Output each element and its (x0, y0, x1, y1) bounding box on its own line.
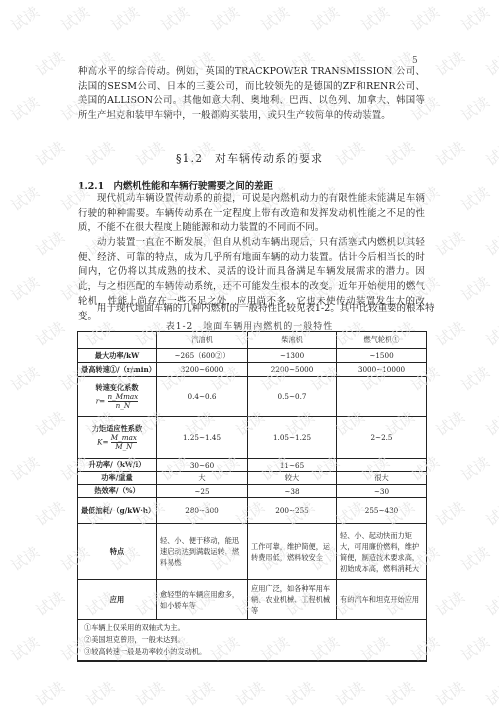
formula-lhs: K= (97, 438, 108, 447)
intro-paragraph: 种高水平的综合传动。例如，英国的TRACKPOWER TRANSMISSION … (78, 65, 425, 124)
cell: 轻、小、起动快而力矩大，可用廉价燃料，维护简便，制造技术要求高，初始成本高，燃料… (337, 524, 427, 580)
watermark-text: 试读 (7, 541, 44, 575)
watermark-text: 试读 (432, 46, 469, 80)
watermark-text: 试读 (182, 676, 219, 706)
table-header-gas-turbine: 燃气轮机① (337, 332, 427, 349)
watermark-text: 试读 (32, 676, 69, 706)
cell: 1.05~1.25 (248, 417, 337, 459)
watermark-text: 试读 (482, 586, 499, 620)
watermark-text: 试读 (107, 1, 144, 35)
subsection-title: 1.2.1 内燃机性能和车辆行驶需要之间的差距 (78, 178, 273, 192)
cell: 2~2.5 (337, 417, 427, 459)
cell: ~1500 (337, 349, 427, 363)
table-row: 应用 愈轻型的车辆应用愈多，如小轿车等 应用广泛，如各种军用车辆、农业机械、工程… (78, 580, 427, 620)
body-paragraph-3: 用于现代地面车辆的几种内燃机的一般特性比较见表1-2。其中比较重要的根本特 (78, 302, 425, 317)
table-row: 力矩适应性系数 K= M_max M_N 1.25~1.45 1.05~1.25… (78, 417, 427, 459)
table-note: ②美国坦克曾用，一般未达到。 (84, 634, 420, 646)
watermark-text: 试读 (157, 1, 194, 35)
watermark-text: 试读 (457, 1, 494, 35)
cell: 0.5~0.7 (248, 377, 337, 417)
cell: 2200~5000 (248, 363, 337, 377)
watermark-text: 试读 (257, 1, 294, 35)
watermark-text: 试读 (32, 406, 69, 440)
table-notes-row: ①车辆上仅采用的双轴式为主。 ②美国坦克曾用，一般未达到。 ③较高转速一般是功率… (78, 620, 427, 662)
watermark-text: 试读 (432, 496, 469, 530)
watermark-text: 试读 (457, 361, 494, 395)
cell: ~30 (337, 485, 427, 498)
cell: ~1300 (248, 349, 337, 363)
table-row: 最低油耗/（g/kW·h） 280~300 200~255 255~430 (78, 498, 427, 524)
formula-denominator: M_N (111, 443, 137, 451)
cell: 3000~10000 (337, 363, 427, 377)
formula-fraction: n_Mmax n_N (108, 393, 139, 410)
watermark-text: 试读 (432, 676, 469, 706)
table-row: 升功率/（kW/l） 30~60 11~65 (78, 459, 427, 472)
table-header-row: 汽油机 柴油机 燃气轮机① (78, 332, 427, 349)
table-row: 特点 轻、小、便于移动，能迅速启动达到满载运转，燃料易燃 工作可靠，维护简便，运… (78, 524, 427, 580)
cell (337, 377, 427, 417)
cell: 较大 (248, 472, 337, 485)
watermark-text: 试读 (482, 496, 499, 530)
watermark-text: 试读 (7, 271, 44, 305)
watermark-text: 试读 (482, 406, 499, 440)
watermark-text: 试读 (282, 676, 319, 706)
cell: ~38 (248, 485, 337, 498)
cell: 0.4~0.6 (157, 377, 248, 417)
row-label: 特点 (78, 524, 157, 580)
cell: ~265（600②） (157, 349, 248, 363)
row-label: 应用 (78, 580, 157, 620)
watermark-text: 试读 (7, 1, 44, 35)
cell: ~25 (157, 485, 248, 498)
cell: 280~300 (157, 498, 248, 524)
row-label: 力矩适应性系数 K= M_max M_N (78, 417, 157, 459)
watermark-text: 试读 (432, 586, 469, 620)
cell: 有的汽车和坦克开始应用 (337, 580, 427, 620)
cell (337, 459, 427, 472)
watermark-text: 试读 (457, 631, 494, 665)
cell: 11~65 (248, 459, 337, 472)
watermark-text: 试读 (482, 676, 499, 706)
cell: 愈轻型的车辆应用愈多，如小轿车等 (157, 580, 248, 620)
watermark-text: 试读 (457, 271, 494, 305)
watermark-text: 试读 (457, 451, 494, 485)
watermark-text: 试读 (7, 451, 44, 485)
table-header-gasoline: 汽油机 (157, 332, 248, 349)
table-row: 最高转速①/（r/min） 3200~6000 2200~5000 3000~1… (78, 363, 427, 377)
cell: 很大 (337, 472, 427, 485)
cell: 1.25~1.45 (157, 417, 248, 459)
watermark-text: 试读 (32, 586, 69, 620)
watermark-text: 试读 (457, 541, 494, 575)
engine-characteristics-table: 汽油机 柴油机 燃气轮机① 最大功率/kW ~265（600②） ~1300 ~… (77, 331, 427, 662)
body-paragraph-1: 现代机动车辆设置传动系的前提，可说是内燃机动力的有限性能未能满足车辆行驶的种种需… (78, 192, 425, 236)
formula: r= n_Mmax n_N (81, 393, 153, 410)
watermark-text: 试读 (432, 226, 469, 260)
watermark-text: 试读 (32, 46, 69, 80)
watermark-text: 试读 (357, 1, 394, 35)
table-row: 热效率/（%） ~25 ~38 ~30 (78, 485, 427, 498)
cell: 30~60 (157, 459, 248, 472)
row-label: 最大功率/kW (78, 349, 157, 363)
cell: 3200~6000 (157, 363, 248, 377)
table-row: 最大功率/kW ~265（600②） ~1300 ~1500 (78, 349, 427, 363)
cell: 工作可靠，维护简便，运转费用低，燃料较安全 (248, 524, 337, 580)
watermark-text: 试读 (132, 676, 169, 706)
row-label: 转速变化系数 r= n_Mmax n_N (78, 377, 157, 417)
watermark-text: 试读 (482, 226, 499, 260)
watermark-text: 试读 (7, 631, 44, 665)
watermark-text: 试读 (457, 181, 494, 215)
watermark-text: 试读 (7, 361, 44, 395)
table-header-diesel: 柴油机 (248, 332, 337, 349)
section-title: §1.2 对车辆传动系的要求 (0, 150, 499, 166)
row-label: 最低油耗/（g/kW·h） (78, 498, 157, 524)
table-note: ③较高转速一般是功率较小的发动机。 (84, 646, 420, 658)
table-header-corner (78, 332, 157, 349)
watermark-text: 试读 (232, 676, 269, 706)
table-row: 转速变化系数 r= n_Mmax n_N 0.4~0.6 0.5~0.7 (78, 377, 427, 417)
formula: K= M_max M_N (81, 434, 153, 451)
table-row: 功率/重量 大 较大 很大 (78, 472, 427, 485)
watermark-text: 试读 (332, 676, 369, 706)
watermark-text: 试读 (407, 1, 444, 35)
cell: 200~255 (248, 498, 337, 524)
watermark-text: 试读 (7, 91, 44, 125)
table-note: ①车辆上仅采用的双轴式为主。 (84, 622, 420, 634)
formula-denominator: n_N (108, 402, 139, 410)
watermark-text: 试读 (432, 406, 469, 440)
cell: 轻、小、便于移动，能迅速启动达到满载运转，燃料易燃 (157, 524, 248, 580)
row-label: 最高转速①/（r/min） (78, 363, 157, 377)
watermark-text: 试读 (32, 226, 69, 260)
watermark-text: 试读 (207, 1, 244, 35)
watermark-text: 试读 (7, 181, 44, 215)
row-label: 功率/重量 (78, 472, 157, 485)
formula-fraction: M_max M_N (111, 434, 137, 451)
table-notes: ①车辆上仅采用的双轴式为主。 ②美国坦克曾用，一般未达到。 ③较高转速一般是功率… (78, 620, 427, 662)
watermark-text: 试读 (482, 46, 499, 80)
watermark-text: 试读 (307, 1, 344, 35)
formula-lhs: r= (96, 397, 105, 406)
cell: 大 (157, 472, 248, 485)
row-label: 热效率/（%） (78, 485, 157, 498)
watermark-text: 试读 (57, 1, 94, 35)
watermark-text: 试读 (32, 496, 69, 530)
watermark-text: 试读 (457, 91, 494, 125)
cell: 应用广泛，如各种军用车辆、农业机械、工程机械等 (248, 580, 337, 620)
row-label: 升功率/（kW/l） (78, 459, 157, 472)
cell: 255~430 (337, 498, 427, 524)
watermark-text: 试读 (82, 676, 119, 706)
watermark-text: 试读 (382, 676, 419, 706)
